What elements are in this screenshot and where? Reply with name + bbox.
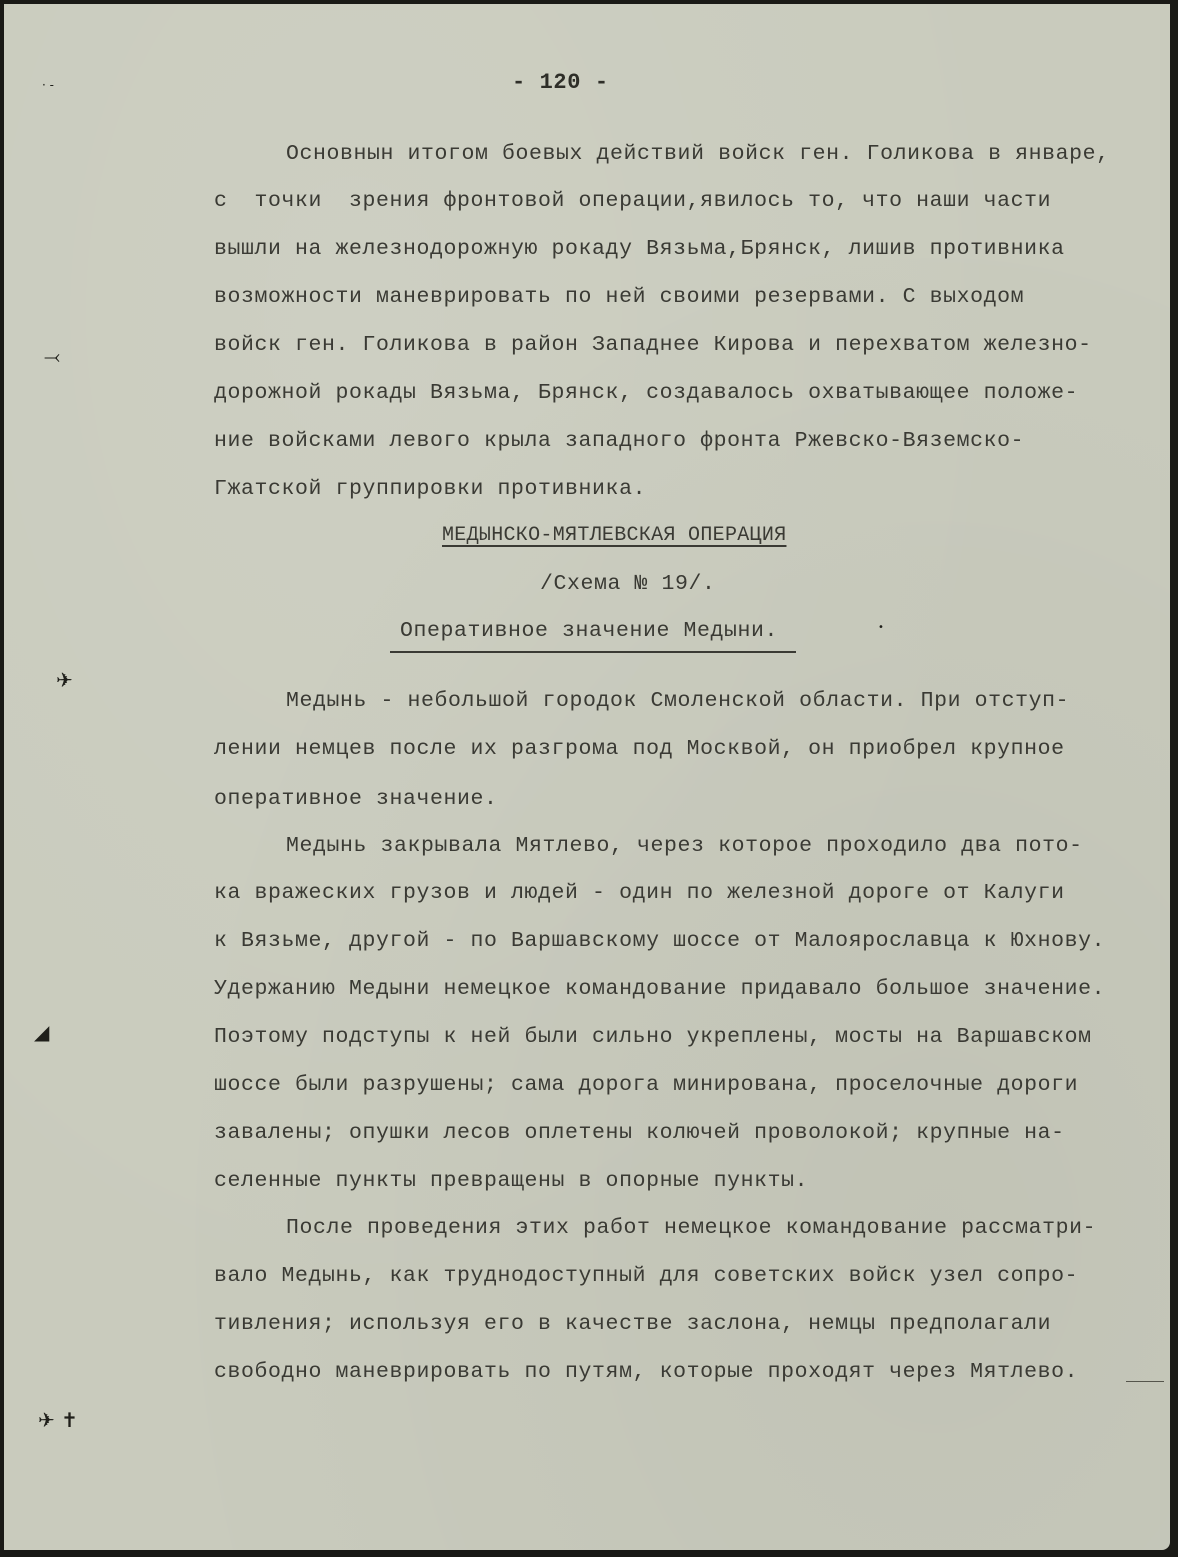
paragraph-line: тивления; используя его в качестве засло… [214, 1314, 1051, 1336]
section-title: МЕДЫНСКО-МЯТЛЕВСКАЯ ОПЕРАЦИЯ [442, 526, 786, 546]
paragraph-line: оперативное значение. [214, 789, 498, 811]
paragraph-line: дорожной рокады Вязьма, Брянск, создавал… [214, 383, 1078, 405]
punch-mark-icon: ✈ [56, 668, 73, 692]
end-line-rule [1126, 1381, 1164, 1382]
paragraph-line: Основнын итогом боевых действий войск ге… [286, 144, 1110, 166]
paragraph-line: возможности маневрировать по ней своими … [214, 287, 1024, 309]
paragraph-line: Удержанию Медыни немецкое командование п… [214, 979, 1105, 1001]
paragraph-line: Гжатской группировки противника. [214, 479, 646, 501]
scheme-reference: /Схема № 19/. [540, 574, 716, 596]
paragraph-line: вало Медынь, как труднодоступный для сов… [214, 1266, 1078, 1288]
paragraph-line: Медынь - небольшой городок Смоленской об… [286, 691, 1069, 713]
paragraph-line: к Вязьме, другой - по Варшавскому шоссе … [214, 931, 1105, 953]
paragraph-line: свободно маневрировать по путям, которые… [214, 1362, 1078, 1384]
punch-mark-icon: ◢ [34, 1020, 49, 1044]
paragraph-line: вышли на железнодорожную рокаду Вязьма,Б… [214, 239, 1065, 261]
paragraph-line: войск ген. Голикова в район Западнее Кир… [214, 335, 1092, 357]
paragraph-line: Поэтому подступы к ней были сильно укреп… [214, 1027, 1092, 1049]
paragraph-line: Медынь закрывала Мятлево, через которое … [286, 836, 1083, 858]
paragraph-line: ка вражеских грузов и людей - один по же… [214, 883, 1065, 905]
paragraph-line: шоссе были разрушены; сама дорога миниро… [214, 1075, 1078, 1097]
paragraph-line: селенные пункты превращены в опорные пун… [214, 1171, 808, 1193]
punch-mark-icon: ✈ ✝ [38, 1408, 78, 1432]
paragraph-line: лении немцев после их разгрома под Москв… [214, 739, 1065, 761]
paragraph-line: завалены; опушки лесов оплетены колючей … [214, 1123, 1065, 1145]
punch-mark-icon: · ‑ [42, 78, 54, 92]
paragraph-line: с точки зрения фронтовой операции,явилос… [214, 191, 1051, 213]
subsection-underline [390, 651, 796, 653]
page-number: - 120 - [512, 72, 609, 94]
paragraph-line: ние войсками левого крыла западного фрон… [214, 431, 1024, 453]
paragraph-line: После проведения этих работ немецкое ком… [286, 1218, 1096, 1240]
punch-mark-icon: ⤙ [44, 344, 60, 368]
ink-dot-icon: • [878, 622, 884, 633]
subsection-title: Оперативное значение Медыни. [400, 621, 778, 643]
